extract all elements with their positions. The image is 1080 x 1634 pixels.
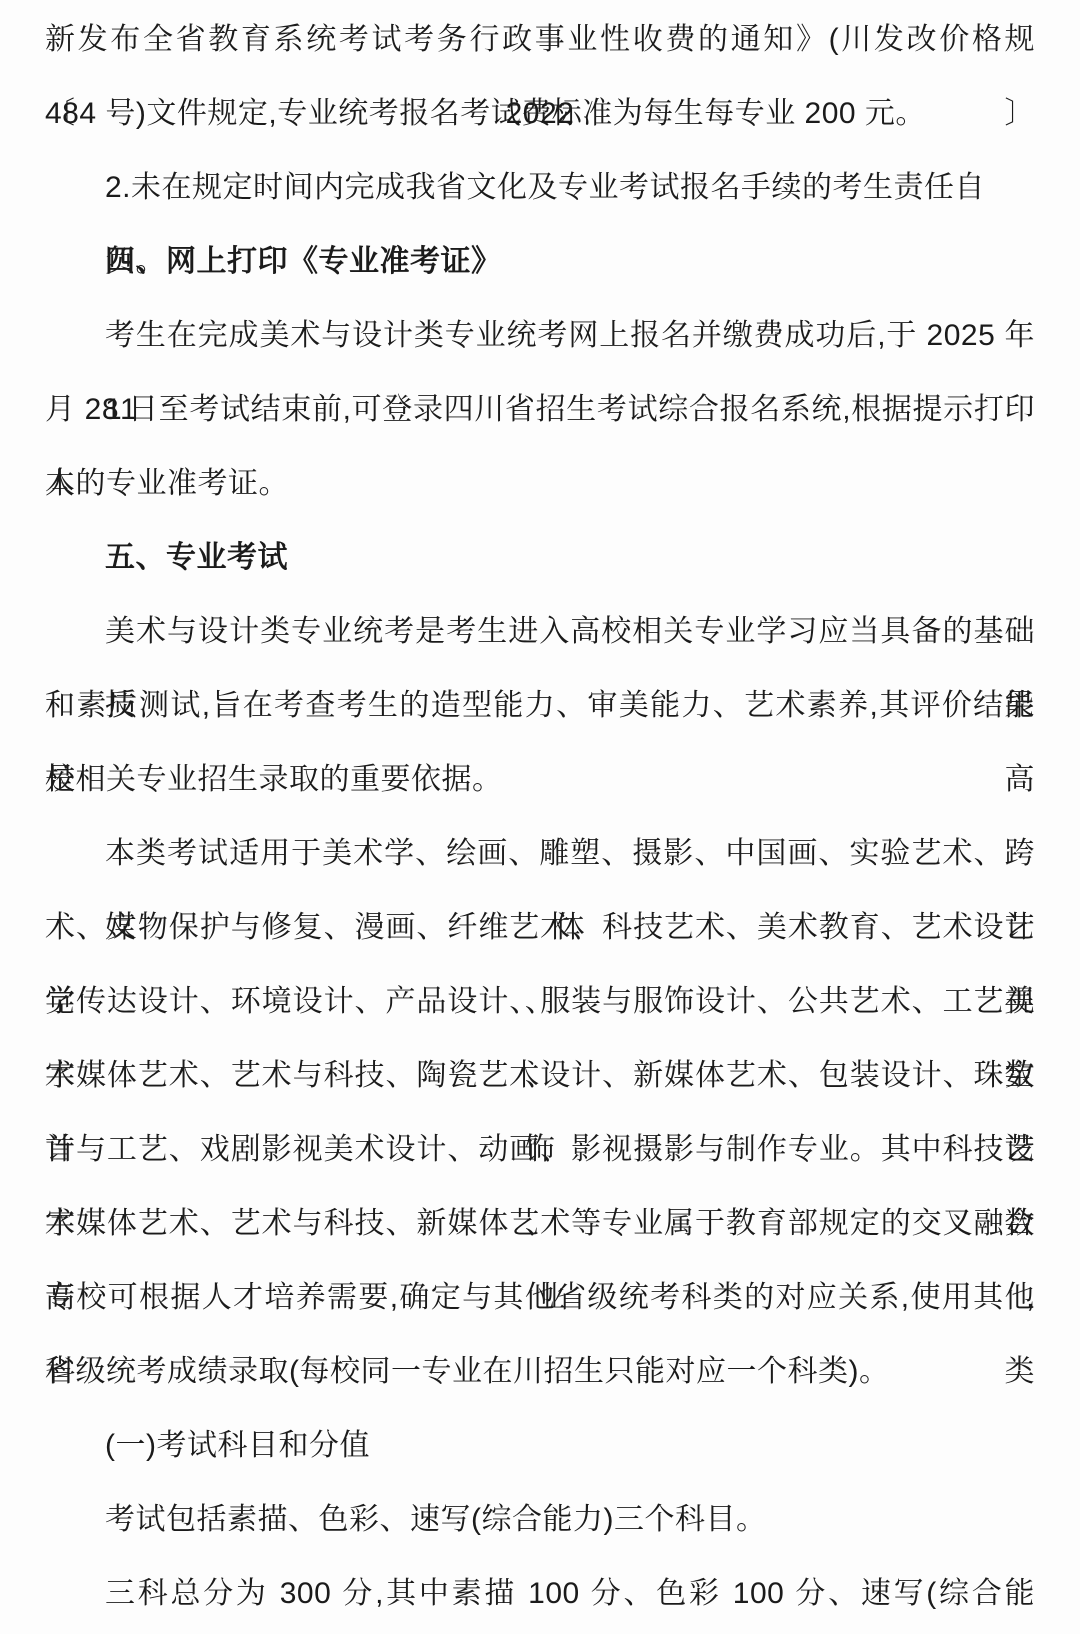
subheading-exam-subjects: (一)考试科目和分值 [45, 1409, 1035, 1483]
paragraph-line: 字媒体艺术、艺术与科技、新媒体艺术等专业属于教育部规定的交叉融合专业, [45, 1187, 1035, 1261]
paragraph-line: 省级统考成绩录取(每校同一专业在川招生只能对应一个科类)。 [45, 1335, 1035, 1409]
heading-professional-exam: 五、专业考试 [45, 521, 1035, 595]
paragraph-line: 美术与设计类专业统考是考生进入高校相关专业学习应当具备的基础技能 [45, 595, 1035, 669]
paragraph-line: 觉传达设计、环境设计、产品设计、服装与服饰设计、公共艺术、工艺美术、数 [45, 965, 1035, 1039]
paragraph-line: 术、文物保护与修复、漫画、纤维艺术、科技艺术、美术教育、艺术设计学、视 [45, 891, 1035, 965]
paragraph-line: 和素质测试,旨在考查考生的造型能力、审美能力、艺术素养,其评价结果是高 [45, 669, 1035, 743]
document-page: 新发布全省教育系统考试考务行政事业性收费的通知》(川发改价格规〔2022〕 48… [0, 0, 1080, 1634]
paragraph-line: 考试包括素描、色彩、速写(综合能力)三个科目。 [45, 1483, 1035, 1557]
paragraph-line: 2.未在规定时间内完成我省文化及专业考试报名手续的考生责任自负。 [45, 151, 1035, 225]
heading-print-admission-ticket: 四、网上打印《专业准考证》 [45, 225, 1035, 299]
paragraph-line: 计与工艺、戏剧影视美术设计、动画、影视摄影与制作专业。其中科技艺术、数 [45, 1113, 1035, 1187]
paragraph-line: 本类考试适用于美术学、绘画、雕塑、摄影、中国画、实验艺术、跨媒体艺 [45, 817, 1035, 891]
paragraph-line: 高校可根据人才培养需要,确定与其他省级统考科类的对应关系,使用其他科类 [45, 1261, 1035, 1335]
paragraph-line: 人的专业准考证。 [45, 447, 1035, 521]
paragraph-line: 字媒体艺术、艺术与科技、陶瓷艺术设计、新媒体艺术、包装设计、珠宝首饰设 [45, 1039, 1035, 1113]
paragraph-line: 484 号)文件规定,专业统考报名考试费标准为每生每专业 200 元。 [45, 77, 1035, 151]
paragraph-line: 三科总分为 300 分,其中素描 100 分、色彩 100 分、速写(综合能力)… [45, 1557, 1035, 1631]
paragraph-line: 考生在完成美术与设计类专业统考网上报名并缴费成功后,于 2025 年 11 [45, 299, 1035, 373]
paragraph-line: 新发布全省教育系统考试考务行政事业性收费的通知》(川发改价格规〔2022〕 [45, 3, 1035, 77]
paragraph-line: 月 28 日至考试结束前,可登录四川省招生考试综合报名系统,根据提示打印本 [45, 373, 1035, 447]
